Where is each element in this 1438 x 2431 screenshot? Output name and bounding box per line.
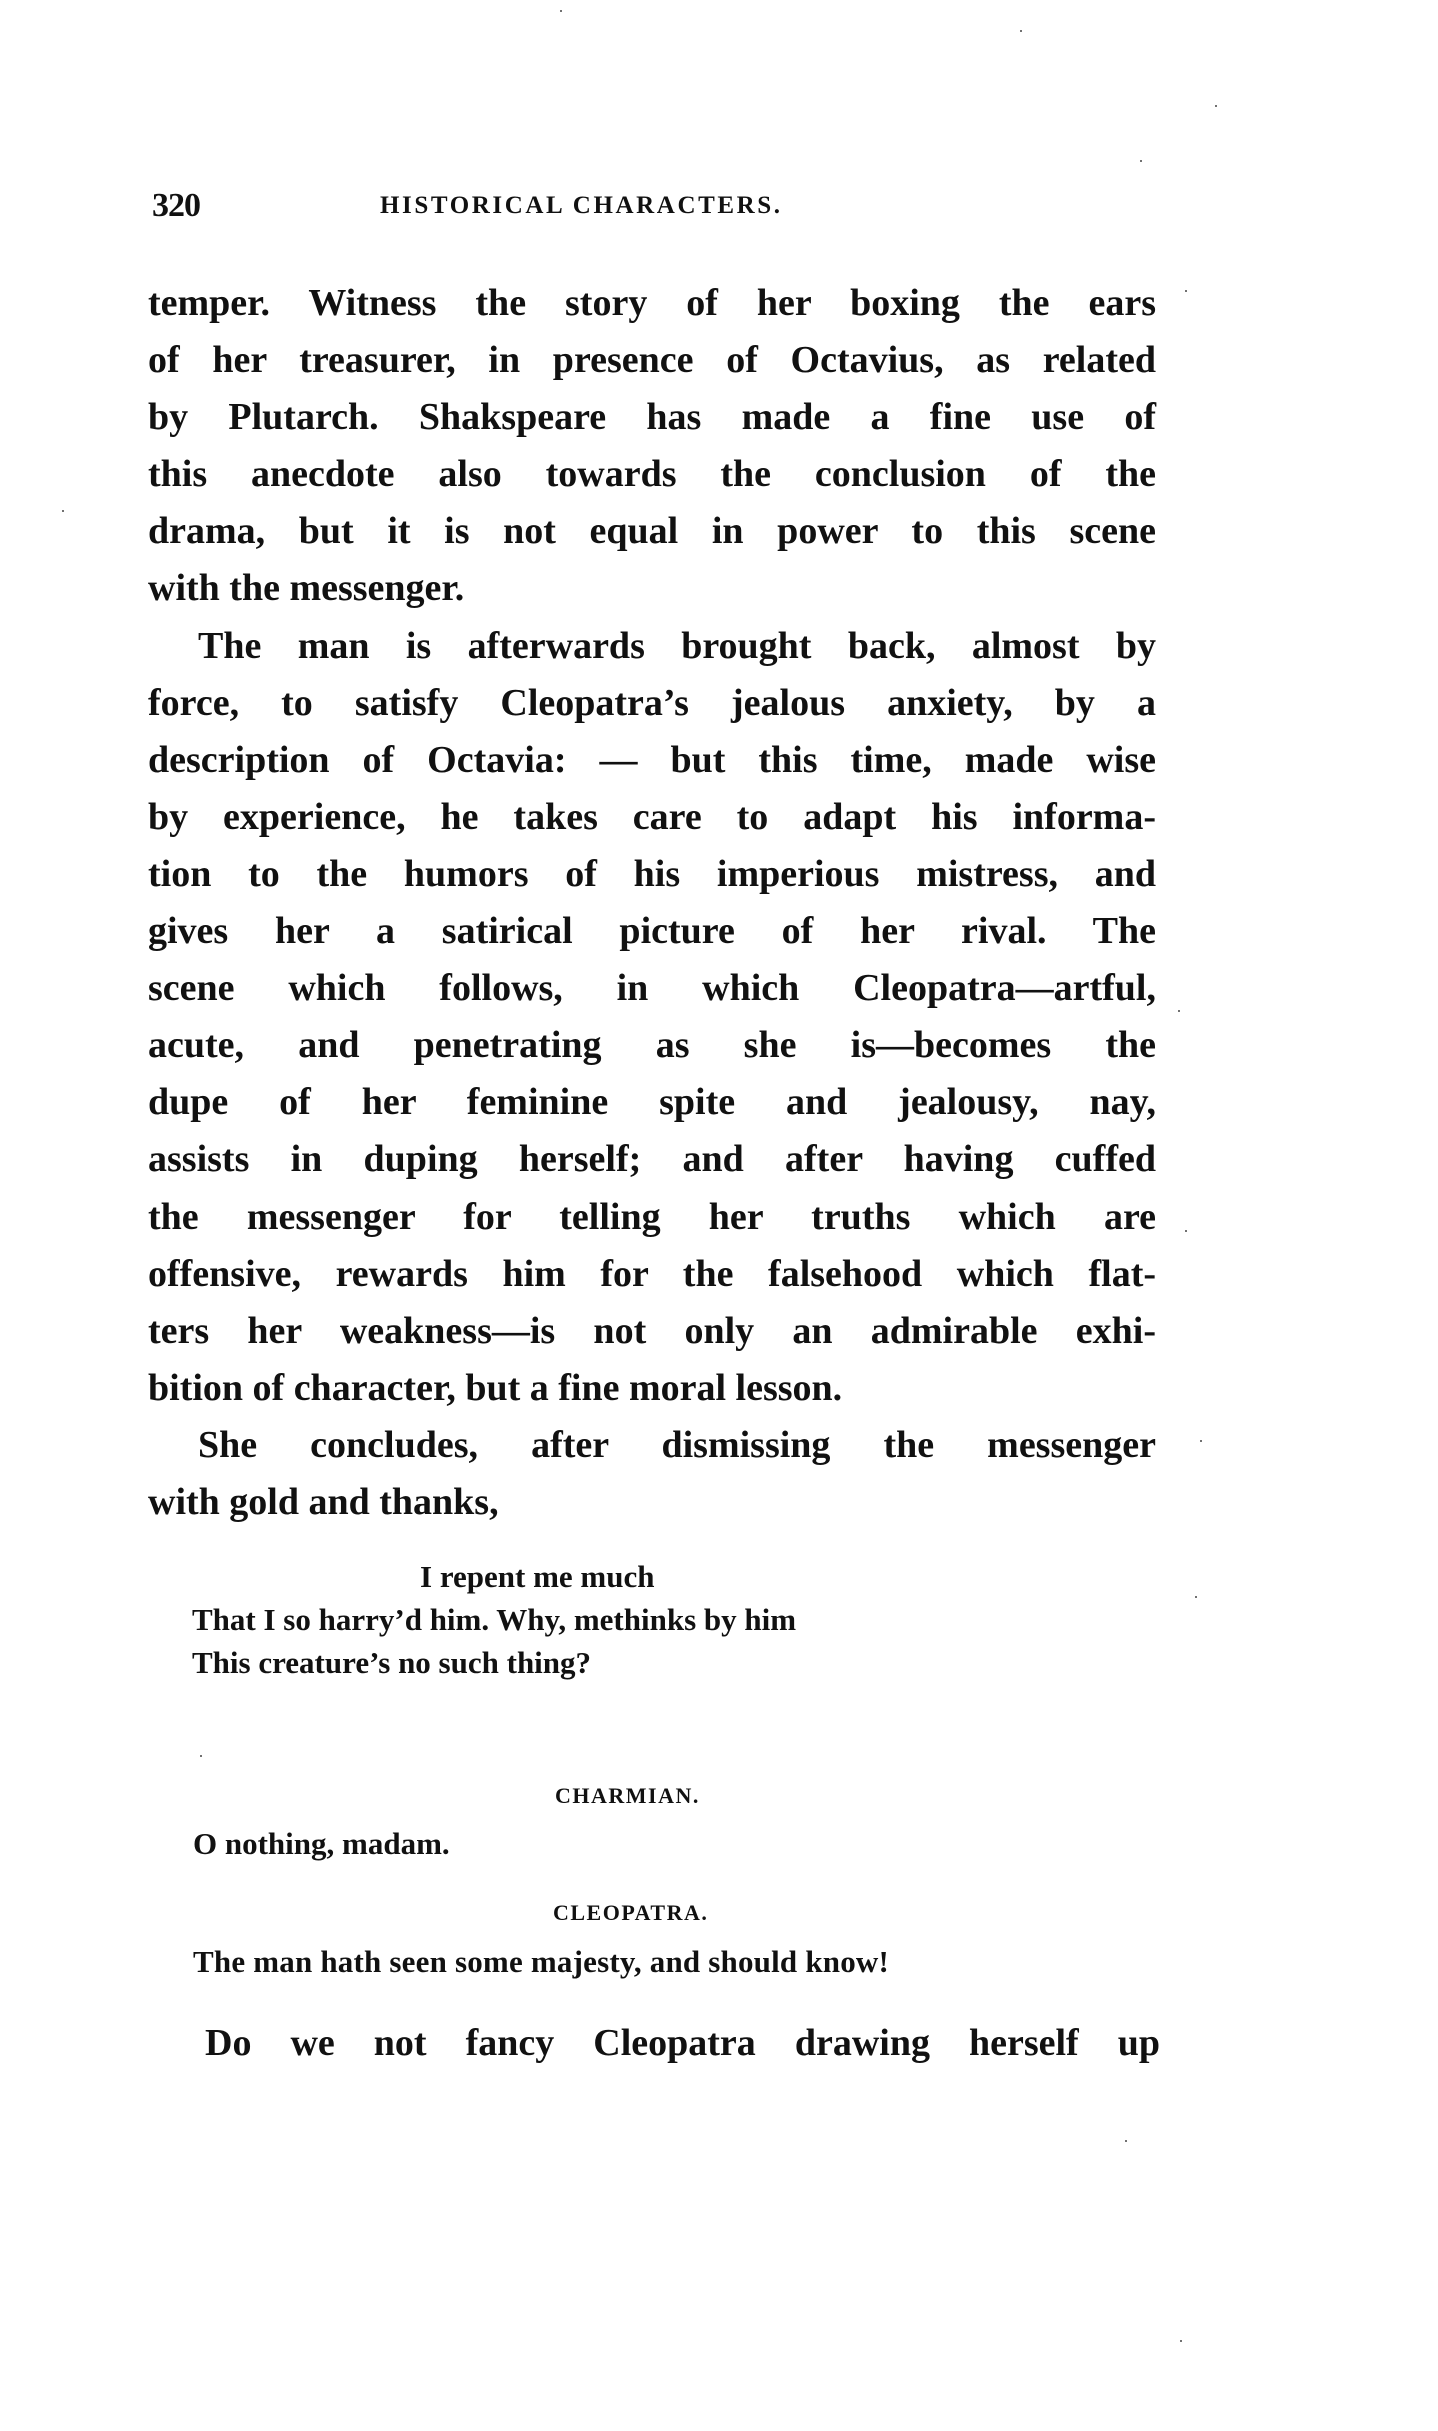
verse-line: That I so harry’d him. Why, methinks by … — [192, 1598, 1092, 1641]
text-line: with gold and thanks, — [148, 1474, 1156, 1531]
text-line: with the messenger. — [148, 560, 1156, 617]
speaker-charmian: CHARMIAN. — [555, 1783, 700, 1809]
paragraph-1: temper. Witness the story of her boxing … — [148, 275, 1156, 618]
text-line: temper. Witness the story of her boxing … — [148, 275, 1156, 332]
speaker-cleopatra: CLEOPATRA. — [553, 1900, 708, 1926]
scan-speck — [1125, 2140, 1127, 2142]
paragraph-3: She concludes, after dismissing the mess… — [148, 1417, 1156, 1531]
scan-speck — [560, 10, 562, 12]
text-line: offensive, rewards him for the falsehood… — [148, 1246, 1156, 1303]
text-line: by experience, he takes care to adapt hi… — [148, 789, 1156, 846]
running-head: 320 HISTORICAL CHARACTERS. — [152, 186, 1162, 226]
text-line: drama, but it is not equal in power to t… — [148, 503, 1156, 560]
page-number: 320 — [152, 186, 200, 226]
text-line: assists in duping herself; and after hav… — [148, 1131, 1156, 1188]
text-line: The man is afterwards brought back, almo… — [148, 618, 1156, 675]
text-line: of her treasurer, in presence of Octaviu… — [148, 332, 1156, 389]
text-line: the messenger for telling her truths whi… — [148, 1189, 1156, 1246]
text-line: acute, and penetrating as she is—becomes… — [148, 1017, 1156, 1074]
body-text: temper. Witness the story of her boxing … — [148, 275, 1156, 1531]
text-line: force, to satisfy Cleopatra’s jealous an… — [148, 675, 1156, 732]
text-line: by Plutarch. Shakspeare has made a fine … — [148, 389, 1156, 446]
text-line: She concludes, after dismissing the mess… — [148, 1417, 1156, 1474]
paragraph-2: The man is afterwards brought back, almo… — [148, 618, 1156, 1417]
scan-speck — [1195, 1596, 1197, 1598]
scan-speck — [1178, 1010, 1180, 1012]
verse-quotation: I repent me much That I so harry’d him. … — [192, 1555, 1092, 1684]
text-line: ters her weakness—is not only an admirab… — [148, 1303, 1156, 1360]
text-line: scene which follows, in which Cleopatra—… — [148, 960, 1156, 1017]
text-line: dupe of her feminine spite and jealousy,… — [148, 1074, 1156, 1131]
text-line: bition of character, but a fine moral le… — [148, 1360, 1156, 1417]
verse-line: I repent me much — [192, 1555, 1092, 1598]
scan-speck — [1200, 1440, 1202, 1442]
text-line: tion to the humors of his imperious mist… — [148, 846, 1156, 903]
text-line: this anecdote also towards the conclusio… — [148, 446, 1156, 503]
running-title: HISTORICAL CHARACTERS. — [380, 190, 783, 222]
text-line: description of Octavia: — but this time,… — [148, 732, 1156, 789]
scan-speck — [62, 510, 64, 512]
scan-speck — [1215, 105, 1217, 107]
scan-speck — [1185, 290, 1187, 292]
verse-line: This creature’s no such thing? — [192, 1641, 1092, 1684]
scan-speck — [1185, 1230, 1187, 1232]
continuation-line: Do we not fancy Cleopatra drawing hersel… — [205, 2018, 1160, 2068]
speech-charmian: O nothing, madam. — [193, 1824, 450, 1864]
scan-speck — [1140, 160, 1142, 162]
text-line: gives her a satirical picture of her riv… — [148, 903, 1156, 960]
scan-speck — [200, 1755, 202, 1757]
book-page: 320 HISTORICAL CHARACTERS. temper. Witne… — [0, 0, 1438, 2431]
scan-speck — [1020, 30, 1022, 32]
speech-cleopatra: The man hath seen some majesty, and shou… — [193, 1942, 889, 1982]
scan-speck — [1180, 2340, 1182, 2342]
